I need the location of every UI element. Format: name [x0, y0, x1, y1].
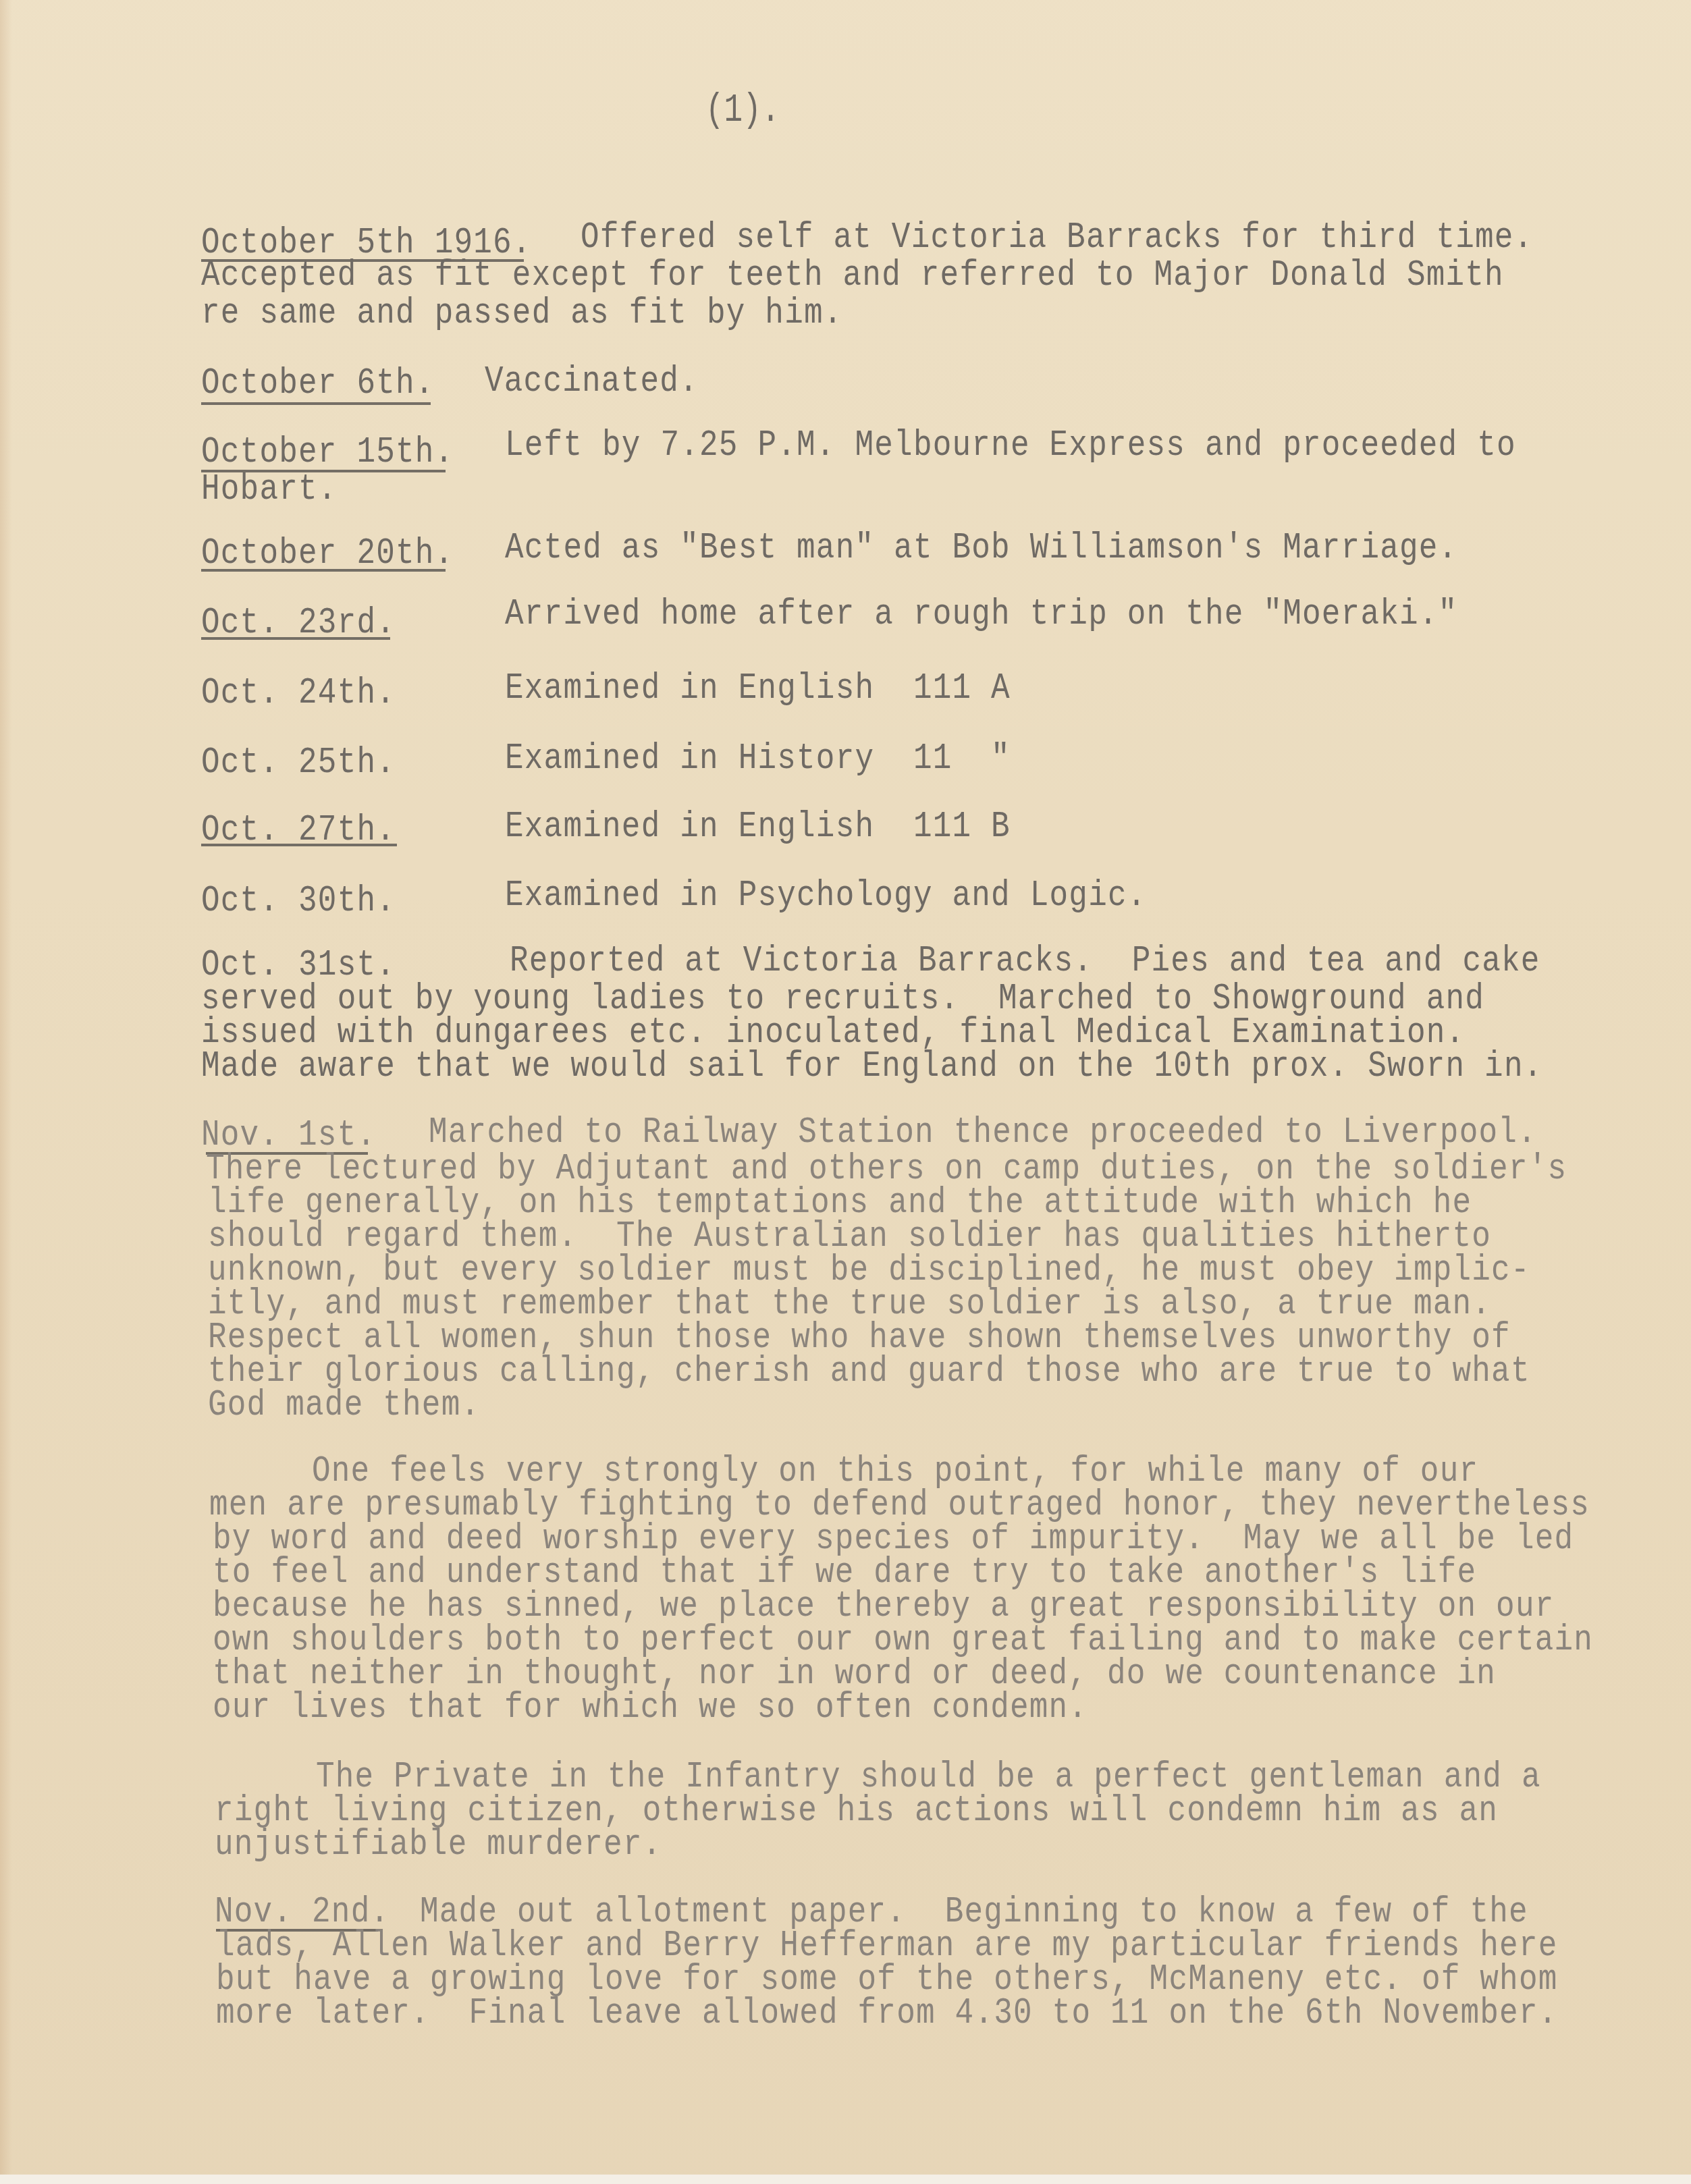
entry-text: Offered self at Victoria Barracks for th…: [581, 217, 1533, 257]
entry-text: re same and passed as fit by him.: [201, 293, 843, 333]
page-number: (1).: [705, 88, 780, 134]
date-underline: [201, 402, 431, 405]
entry-date-oct-6: October 6th.: [201, 363, 435, 403]
entry-text: Examined in Psychology and Logic.: [505, 875, 1147, 915]
entry-text: Reported at Victoria Barracks. Pies and …: [510, 941, 1540, 981]
paragraph-text: unjustifiable murderer.: [215, 1824, 662, 1864]
entry-date-oct-20: October 20th.: [201, 533, 454, 573]
date-underline: [201, 637, 390, 640]
scan-edge: [0, 2175, 1691, 2184]
entry-date-oct-24: Oct. 24th.: [201, 673, 396, 713]
entry-date-oct-25: Oct. 25th.: [201, 742, 396, 782]
entry-text: Acted as "Best man" at Bob Williamson's …: [505, 528, 1457, 568]
entry-text: Arrived home after a rough trip on the "…: [505, 594, 1457, 634]
entry-text: Hobart.: [201, 469, 338, 509]
entry-date-oct-15: October 15th.: [201, 432, 454, 472]
entry-text: Marched to Railway Station thence procee…: [429, 1112, 1537, 1152]
entry-text: God made them.: [208, 1385, 480, 1425]
date-underline: [201, 569, 446, 572]
entry-text: Examined in History 11 ": [505, 738, 1011, 778]
entry-text: Accepted as fit except for teeth and ref…: [201, 255, 1504, 295]
entry-date-oct-30: Oct. 30th.: [201, 881, 396, 921]
entry-text: Left by 7.25 P.M. Melbourne Express and …: [505, 425, 1516, 465]
entry-text: Vaccinated.: [485, 361, 699, 401]
entry-text: Examined in English 111 B: [505, 807, 1011, 846]
entry-text: Made aware that we would sail for Englan…: [201, 1046, 1543, 1086]
date-underline: [201, 844, 397, 846]
entry-text: Examined in English 111 A: [505, 668, 1011, 708]
entry-text: more later. Final leave allowed from 4.3…: [216, 1993, 1558, 2033]
paragraph-text: our lives that for which we so often con…: [213, 1687, 1088, 1727]
